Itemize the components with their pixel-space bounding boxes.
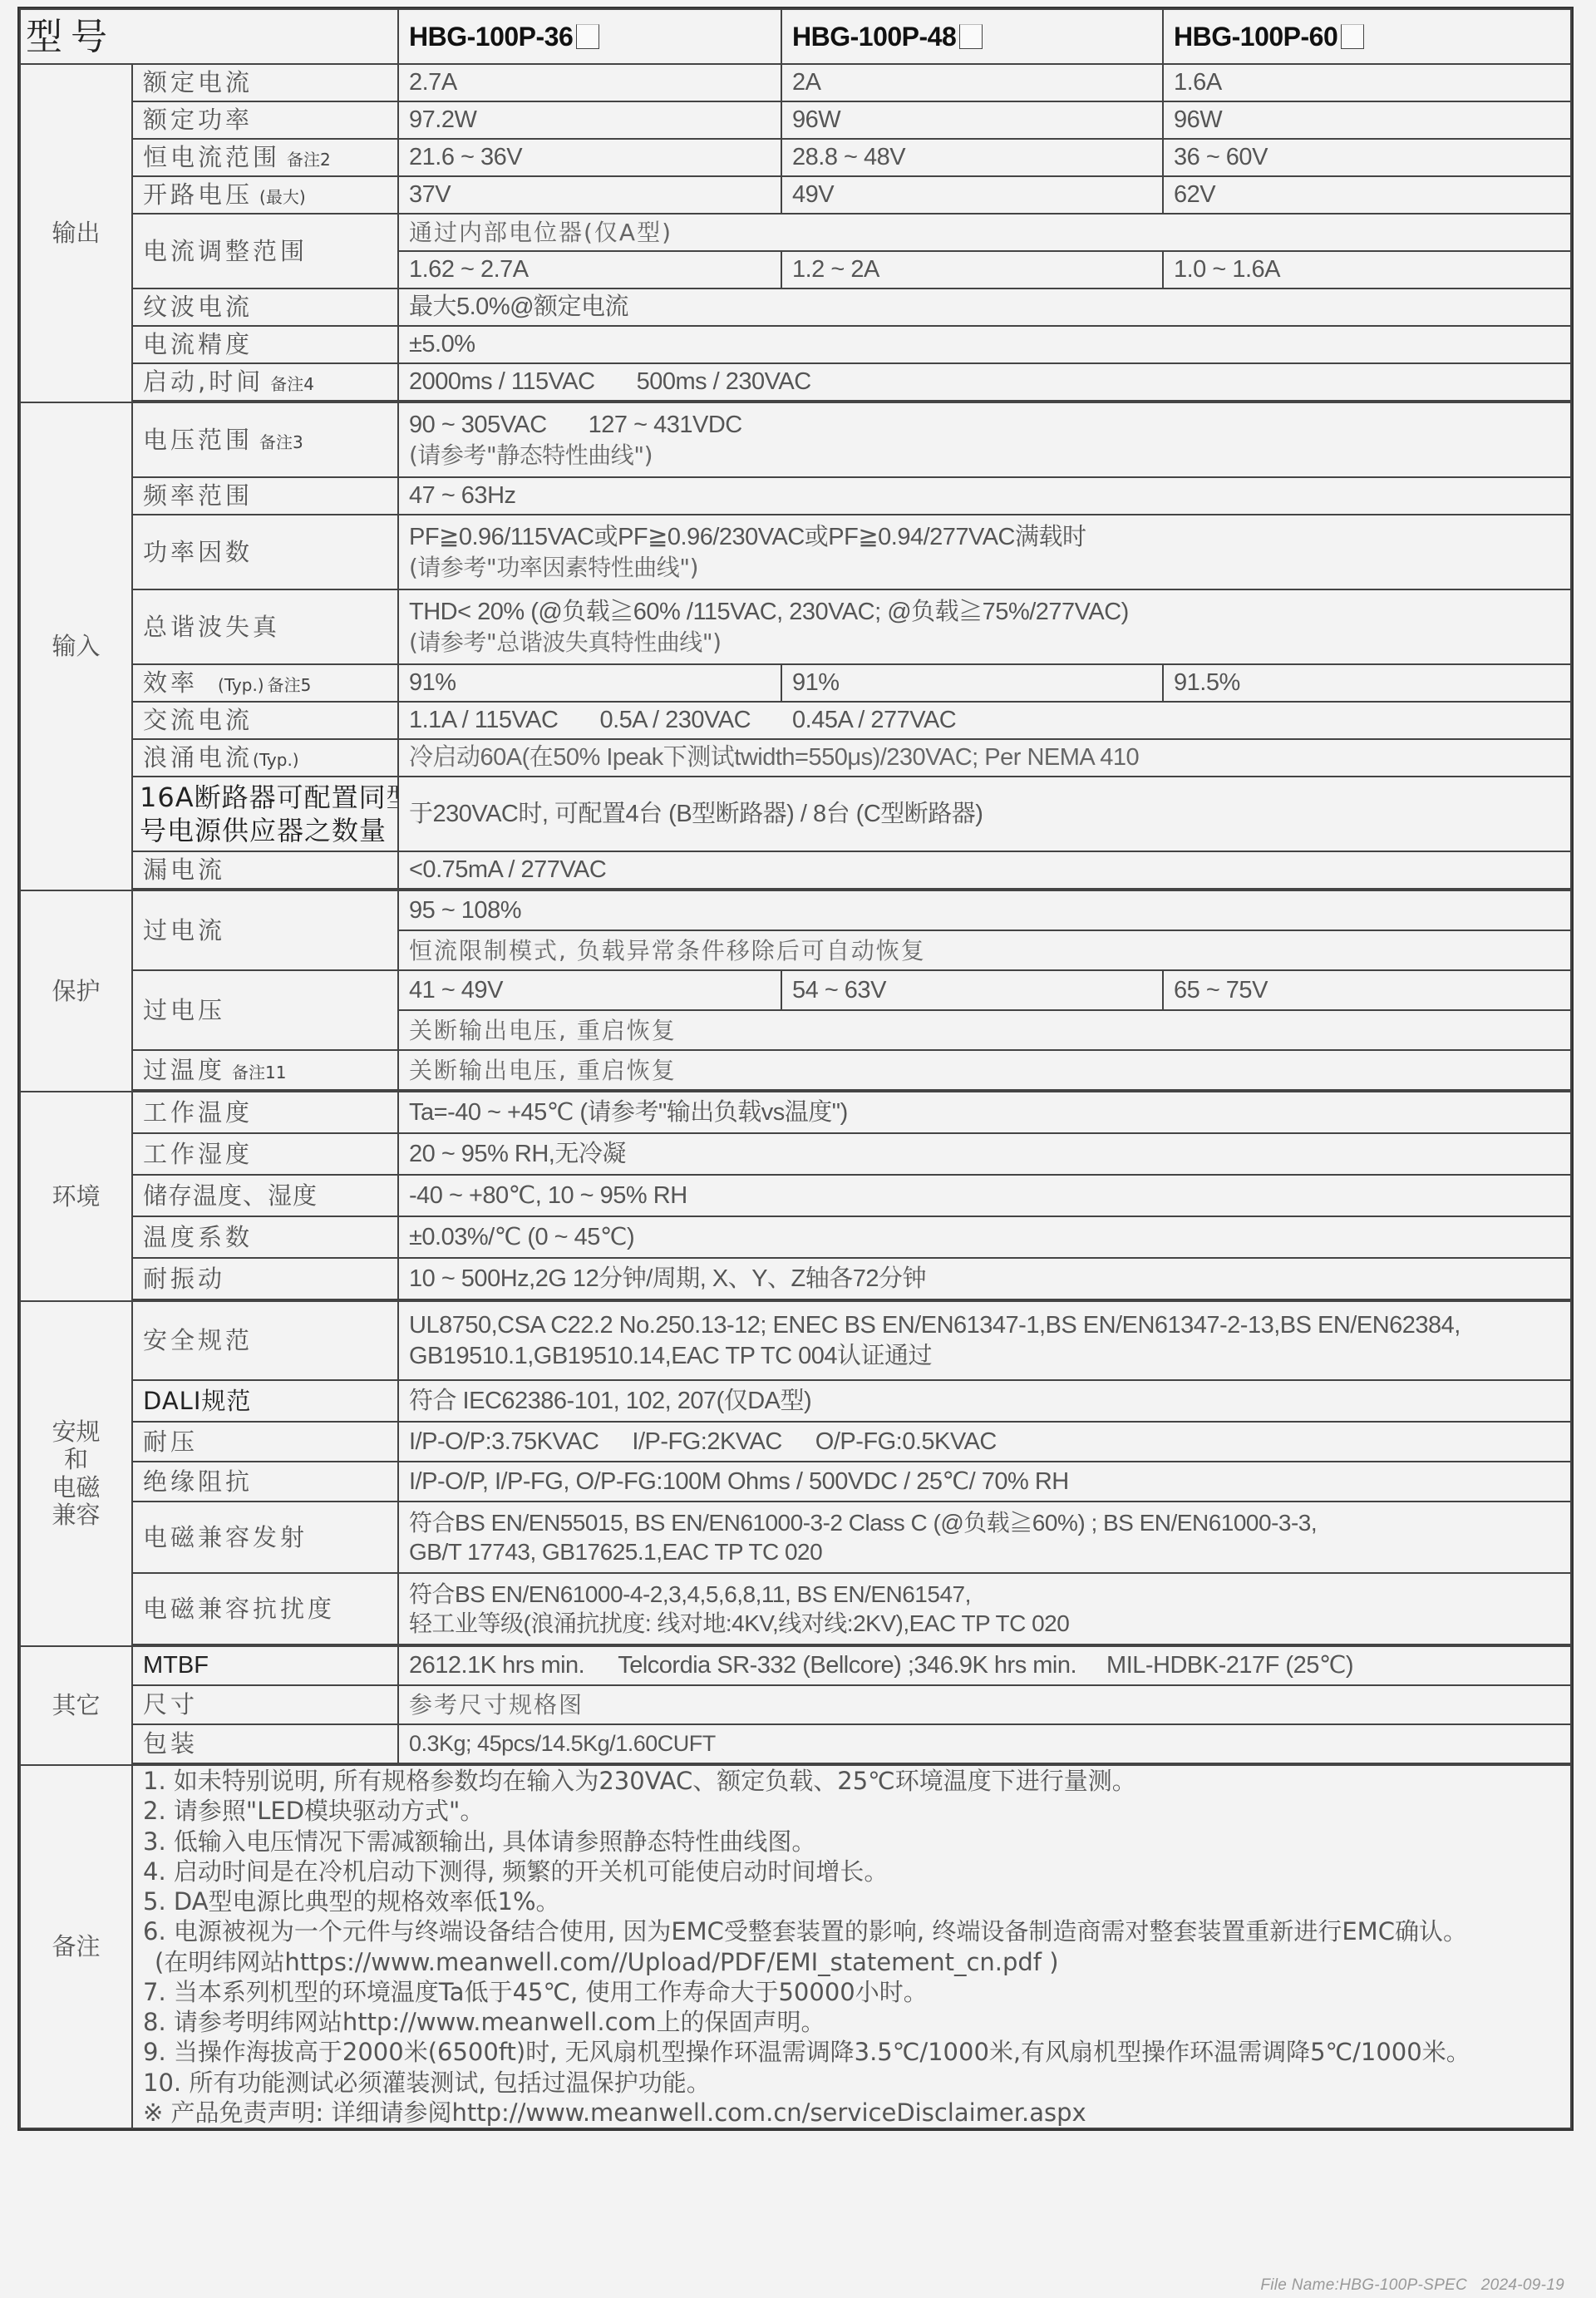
row-setup-time: 启动,时间备注4 2000ms / 115VAC500ms / 230VAC bbox=[20, 363, 1571, 401]
value: 62V bbox=[1163, 176, 1571, 214]
value: 2000ms / 115VAC500ms / 230VAC bbox=[398, 363, 1571, 401]
note-ref: 备注11 bbox=[232, 1063, 286, 1082]
value: THD< 20% (@负载≧60% /115VAC, 230VAC; @负载≧7… bbox=[398, 589, 1571, 664]
row-emc-immunity: 电磁兼容抗扰度 符合BS EN/EN61000-4-2,3,4,5,6,8,11… bbox=[20, 1573, 1571, 1645]
row-dali-standards: DALI规范 符合 IEC62386-101, 102, 207(仅DA型) bbox=[20, 1380, 1571, 1422]
suffix-box-icon bbox=[959, 24, 983, 49]
label-isolation-resistance: 绝缘阻抗 bbox=[132, 1462, 398, 1502]
value: 28.8 ~ 48V bbox=[781, 139, 1163, 176]
category-input: 输入 bbox=[20, 402, 132, 890]
disclaimer: ※ 产品免责声明: 详细请参阅http://www.meanwell.com.c… bbox=[143, 2098, 1560, 2128]
label-power-factor: 功率因数 bbox=[132, 515, 398, 589]
row-rated-current: 输出 额定电流 2.7A 2A 1.6A bbox=[20, 64, 1571, 101]
row-working-humidity: 工作湿度 20 ~ 95% RH,无冷凝 bbox=[20, 1133, 1571, 1175]
row-over-temperature: 过温度备注11 关断输出电压, 重启恢复 bbox=[20, 1050, 1571, 1090]
value: 41 ~ 49V bbox=[398, 970, 781, 1010]
label-inrush-current: 浪涌电流(Typ.) bbox=[132, 739, 398, 777]
value: 1.0 ~ 1.6A bbox=[1163, 251, 1571, 288]
row-voltage-range: 输入 电压范围备注3 90 ~ 305VAC127 ~ 431VDC (请参考"… bbox=[20, 402, 1571, 477]
row-efficiency: 效率(Typ.)备注5 91% 91% 91.5% bbox=[20, 664, 1571, 702]
value: -40 ~ +80℃, 10 ~ 95% RH bbox=[398, 1175, 1571, 1216]
label-leakage-current: 漏电流 bbox=[132, 851, 398, 889]
note-ref: 备注4 bbox=[270, 374, 314, 394]
value: 65 ~ 75V bbox=[1163, 970, 1571, 1010]
value: 0.3Kg; 45pcs/14.5Kg/1.60CUFT bbox=[398, 1724, 1571, 1763]
row-storage: 储存温度、湿度 -40 ~ +80℃, 10 ~ 95% RH bbox=[20, 1175, 1571, 1216]
typ-note: (Typ.) bbox=[253, 750, 299, 770]
file-name: File Name:HBG-100P-SPEC bbox=[1260, 2276, 1467, 2294]
row-over-voltage-values: 过电压 41 ~ 49V 54 ~ 63V 65 ~ 75V bbox=[20, 970, 1571, 1010]
value: 通过内部电位器(仅A型) bbox=[398, 214, 1571, 251]
label-working-humidity: 工作湿度 bbox=[132, 1133, 398, 1175]
note-ref: 备注5 bbox=[268, 675, 312, 695]
label-over-voltage: 过电压 bbox=[132, 970, 398, 1050]
value: 96W bbox=[1163, 101, 1571, 139]
note-item: 10. 所有功能测试必须灌装测试, 包括过温保护功能。 bbox=[143, 2068, 1560, 2098]
label-storage: 储存温度、湿度 bbox=[132, 1175, 398, 1216]
category-output: 输出 bbox=[20, 64, 132, 402]
typ-note: (Typ.) bbox=[218, 675, 264, 695]
label-current-adj-range: 电流调整范围 bbox=[132, 214, 398, 288]
row-rated-power: 额定功率 97.2W 96W 96W bbox=[20, 101, 1571, 139]
value: 96W bbox=[781, 101, 1163, 139]
value: 95 ~ 108% bbox=[398, 890, 1571, 930]
note-item: 1. 如未特别说明, 所有规格参数均在输入为230VAC、额定负载、25℃环境温… bbox=[143, 1766, 1560, 1796]
label-vibration: 耐振动 bbox=[132, 1258, 398, 1299]
value: 符合 IEC62386-101, 102, 207(仅DA型) bbox=[398, 1380, 1571, 1422]
row-current-tolerance: 电流精度 ±5.0% bbox=[20, 326, 1571, 363]
label-frequency-range: 频率范围 bbox=[132, 477, 398, 515]
row-dimension: 尺寸 参考尺寸规格图 bbox=[20, 1685, 1571, 1724]
file-date: 2024-09-19 bbox=[1481, 2276, 1564, 2294]
note-link[interactable]: (在明纬网站https://www.meanwell.com//Upload/P… bbox=[143, 1947, 1560, 1977]
label-cc-range: 恒电流范围备注2 bbox=[132, 139, 398, 176]
label-current-tolerance: 电流精度 bbox=[132, 326, 398, 363]
value: 10 ~ 500Hz,2G 12分钟/周期, X、Y、Z轴各72分钟 bbox=[398, 1258, 1571, 1299]
note-item: 4. 启动时间是在冷机启动下测得, 频繁的开关机可能使启动时间增长。 bbox=[143, 1857, 1560, 1886]
value: 最大5.0%@额定电流 bbox=[398, 288, 1571, 326]
value: 2.7A bbox=[398, 64, 781, 101]
label-over-current: 过电流 bbox=[132, 890, 398, 970]
row-breaker-count: 16A断路器可配置同型 号电源供应器之数量 于230VAC时, 可配置4台 (B… bbox=[20, 777, 1571, 851]
suffix-box-icon bbox=[576, 24, 599, 49]
value: 91.5% bbox=[1163, 664, 1571, 702]
value: 于230VAC时, 可配置4台 (B型断路器) / 8台 (C型断路器) bbox=[398, 777, 1571, 851]
value: I/P-O/P:3.75KVACI/P-FG:2KVACO/P-FG:0.5KV… bbox=[398, 1422, 1571, 1462]
category-environment: 环境 bbox=[20, 1092, 132, 1301]
label-rated-power: 额定功率 bbox=[132, 101, 398, 139]
label-emc-immunity: 电磁兼容抗扰度 bbox=[132, 1573, 398, 1645]
file-footer: File Name:HBG-100P-SPEC 2024-09-19 bbox=[1260, 2276, 1564, 2295]
value: 关断输出电压, 重启恢复 bbox=[398, 1050, 1571, 1090]
label-over-temperature: 过温度备注11 bbox=[132, 1050, 398, 1090]
model-48: HBG-100P-48 bbox=[781, 9, 1163, 64]
model-36: HBG-100P-36 bbox=[398, 9, 781, 64]
value: 1.62 ~ 2.7A bbox=[398, 251, 781, 288]
note-item: 6. 电源被视为一个元件与终端设备结合使用, 因为EMC受整套装置的影响, 终端… bbox=[143, 1916, 1560, 1946]
row-withstand-voltage: 耐压 I/P-O/P:3.75KVACI/P-FG:2KVACO/P-FG:0.… bbox=[20, 1422, 1571, 1462]
value: Ta=-40 ~ +45℃ (请参考"输出负载vs温度") bbox=[398, 1092, 1571, 1133]
value: 2612.1K hrs min.Telcordia SR-332 (Bellco… bbox=[398, 1646, 1571, 1685]
label-efficiency: 效率(Typ.)备注5 bbox=[132, 664, 398, 702]
value: 49V bbox=[781, 176, 1163, 214]
row-safety-standards: 安规 和 电磁 兼容 安全规范 UL8750,CSA C22.2 No.250.… bbox=[20, 1301, 1571, 1380]
value: 91% bbox=[781, 664, 1163, 702]
value: 冷启动60A(在50% Ipeak下测试twidth=550μs)/230VAC… bbox=[398, 739, 1571, 777]
label-mtbf: MTBF bbox=[132, 1646, 398, 1685]
value: 2A bbox=[781, 64, 1163, 101]
value: 97.2W bbox=[398, 101, 781, 139]
value: ±5.0% bbox=[398, 326, 1571, 363]
label-rated-current: 额定电流 bbox=[132, 64, 398, 101]
row-isolation-resistance: 绝缘阻抗 I/P-O/P, I/P-FG, O/P-FG:100M Ohms /… bbox=[20, 1462, 1571, 1502]
label-setup-time: 启动,时间备注4 bbox=[132, 363, 398, 401]
row-mtbf: 其它 MTBF 2612.1K hrs min.Telcordia SR-332… bbox=[20, 1646, 1571, 1685]
label-thd: 总谐波失真 bbox=[132, 589, 398, 664]
row-ac-current: 交流电流 1.1A / 115VAC0.5A / 230VAC0.45A / 2… bbox=[20, 702, 1571, 739]
value: 符合BS EN/EN55015, BS EN/EN61000-3-2 Class… bbox=[398, 1502, 1571, 1573]
value: ±0.03%/℃ (0 ~ 45℃) bbox=[398, 1216, 1571, 1258]
note-item: 9. 当操作海拔高于2000米(6500ft)时, 无风扇机型操作环温需调降3.… bbox=[143, 2037, 1560, 2067]
row-vibration: 耐振动 10 ~ 500Hz,2G 12分钟/周期, X、Y、Z轴各72分钟 bbox=[20, 1258, 1571, 1299]
label-withstand-voltage: 耐压 bbox=[132, 1422, 398, 1462]
value: 1.1A / 115VAC0.5A / 230VAC0.45A / 277VAC bbox=[398, 702, 1571, 739]
suffix-box-icon bbox=[1341, 24, 1364, 49]
note-item: 5. DA型电源比典型的规格效率低1%。 bbox=[143, 1886, 1560, 1916]
header-row: 型号 HBG-100P-36 HBG-100P-48 HBG-100P-60 bbox=[20, 9, 1571, 64]
label-voltage-range: 电压范围备注3 bbox=[132, 402, 398, 477]
value: <0.75mA / 277VAC bbox=[398, 851, 1571, 889]
value: 1.2 ~ 2A bbox=[781, 251, 1163, 288]
value: 参考尺寸规格图 bbox=[398, 1685, 1571, 1724]
label-dali-standards: DALI规范 bbox=[132, 1380, 398, 1422]
label-ripple-current: 纹波电流 bbox=[132, 288, 398, 326]
value: 91% bbox=[398, 664, 781, 702]
value: 90 ~ 305VAC127 ~ 431VDC (请参考"静态特性曲线") bbox=[398, 402, 1571, 477]
label-temp-coefficient: 温度系数 bbox=[132, 1216, 398, 1258]
value: 恒流限制模式, 负载异常条件移除后可自动恢复 bbox=[398, 930, 1571, 970]
row-inrush-current: 浪涌电流(Typ.) 冷启动60A(在50% Ipeak下测试twidth=55… bbox=[20, 739, 1571, 777]
value: PF≧0.96/115VAC或PF≧0.96/230VAC或PF≧0.94/27… bbox=[398, 515, 1571, 589]
row-frequency-range: 频率范围 47 ~ 63Hz bbox=[20, 477, 1571, 515]
note-item: 3. 低输入电压情况下需减额输出, 具体请参照静态特性曲线图。 bbox=[143, 1827, 1560, 1857]
row-over-current-value: 保护 过电流 95 ~ 108% bbox=[20, 890, 1571, 930]
label-dimension: 尺寸 bbox=[132, 1685, 398, 1724]
note-ref: 备注3 bbox=[259, 432, 303, 452]
row-current-adj-method: 电流调整范围 通过内部电位器(仅A型) bbox=[20, 214, 1571, 251]
label-emc-emission: 电磁兼容发射 bbox=[132, 1502, 398, 1573]
category-protection: 保护 bbox=[20, 890, 132, 1092]
row-thd: 总谐波失真 THD< 20% (@负载≧60% /115VAC, 230VAC;… bbox=[20, 589, 1571, 664]
category-others: 其它 bbox=[20, 1646, 132, 1765]
model-60: HBG-100P-60 bbox=[1163, 9, 1571, 64]
row-emc-emission: 电磁兼容发射 符合BS EN/EN55015, BS EN/EN61000-3-… bbox=[20, 1502, 1571, 1573]
value: 1.6A bbox=[1163, 64, 1571, 101]
note-ref: 备注2 bbox=[287, 150, 331, 170]
label-safety-standards: 安全规范 bbox=[132, 1301, 398, 1380]
row-cc-range: 恒电流范围备注2 21.6 ~ 36V 28.8 ~ 48V 36 ~ 60V bbox=[20, 139, 1571, 176]
spec-table: 型号 HBG-100P-36 HBG-100P-48 HBG-100P-60 输… bbox=[19, 8, 1572, 2129]
value: 47 ~ 63Hz bbox=[398, 477, 1571, 515]
category-notes: 备注 bbox=[20, 1765, 132, 2128]
row-power-factor: 功率因数 PF≧0.96/115VAC或PF≧0.96/230VAC或PF≧0.… bbox=[20, 515, 1571, 589]
label-ac-current: 交流电流 bbox=[132, 702, 398, 739]
value: 37V bbox=[398, 176, 781, 214]
value: 20 ~ 95% RH,无冷凝 bbox=[398, 1133, 1571, 1175]
label-breaker-count: 16A断路器可配置同型 号电源供应器之数量 bbox=[132, 777, 398, 851]
value: 关断输出电压, 重启恢复 bbox=[398, 1010, 1571, 1050]
note-item: 2. 请参照"LED模块驱动方式"。 bbox=[143, 1796, 1560, 1826]
value: I/P-O/P, I/P-FG, O/P-FG:100M Ohms / 500V… bbox=[398, 1462, 1571, 1502]
notes-list: 1. 如未特别说明, 所有规格参数均在输入为230VAC、额定负载、25℃环境温… bbox=[132, 1765, 1571, 2128]
spec-sheet: 型号 HBG-100P-36 HBG-100P-48 HBG-100P-60 输… bbox=[17, 7, 1574, 2131]
label-working-temp: 工作温度 bbox=[132, 1092, 398, 1133]
row-open-circuit-voltage: 开路电压(最大) 37V 49V 62V bbox=[20, 176, 1571, 214]
value: UL8750,CSA C22.2 No.250.13-12; ENEC BS E… bbox=[398, 1301, 1571, 1380]
category-safety-emc: 安规 和 电磁 兼容 bbox=[20, 1301, 132, 1646]
note-item: 8. 请参考明纬网站http://www.meanwell.com上的保固声明。 bbox=[143, 2007, 1560, 2037]
row-ripple-current: 纹波电流 最大5.0%@额定电流 bbox=[20, 288, 1571, 326]
value: 21.6 ~ 36V bbox=[398, 139, 781, 176]
row-working-temp: 环境 工作温度 Ta=-40 ~ +45℃ (请参考"输出负载vs温度") bbox=[20, 1092, 1571, 1133]
label-packing: 包装 bbox=[132, 1724, 398, 1763]
row-temp-coefficient: 温度系数 ±0.03%/℃ (0 ~ 45℃) bbox=[20, 1216, 1571, 1258]
label-open-circuit-voltage: 开路电压(最大) bbox=[132, 176, 398, 214]
row-leakage-current: 漏电流 <0.75mA / 277VAC bbox=[20, 851, 1571, 889]
note-ref: (最大) bbox=[259, 187, 306, 207]
value: 符合BS EN/EN61000-4-2,3,4,5,6,8,11, BS EN/… bbox=[398, 1573, 1571, 1645]
row-notes: 备注 1. 如未特别说明, 所有规格参数均在输入为230VAC、额定负载、25℃… bbox=[20, 1765, 1571, 2128]
row-packing: 包装 0.3Kg; 45pcs/14.5Kg/1.60CUFT bbox=[20, 1724, 1571, 1763]
value: 54 ~ 63V bbox=[781, 970, 1163, 1010]
value: 36 ~ 60V bbox=[1163, 139, 1571, 176]
note-item: 7. 当本系列机型的环境温度Ta低于45℃, 使用工作寿命大于50000小时。 bbox=[143, 1977, 1560, 2007]
model-title: 型号 bbox=[20, 9, 398, 64]
